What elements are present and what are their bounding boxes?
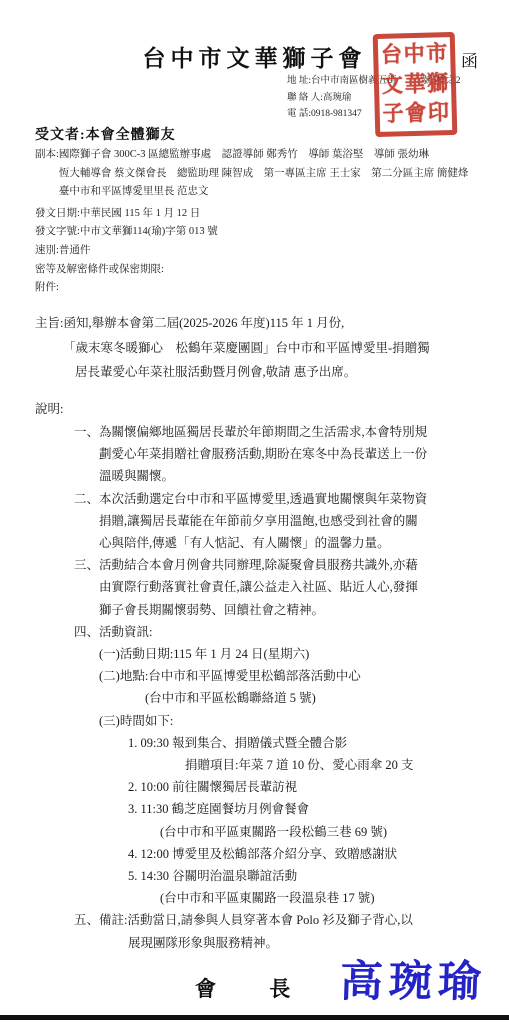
- letter-metadata-block: 副本: 國際獅子會 300C-3 區總監辦事處 認證導師 鄭秀竹 導師 葉浴堅 …: [35, 146, 499, 298]
- cc-line: 臺中市和平區博愛里里長 范忠文: [59, 183, 499, 202]
- body-line: 五、備註:活動當日,請參與人員穿著本會 Polo 衫及獅子背心,以: [0, 909, 503, 931]
- explanation-body: 一、為關懷偏鄉地區獨居長輩於年節期間之生活需求,本會特別規劃愛心年菜捐贈社會服務…: [0, 421, 503, 954]
- cc-lines: 國際獅子會 300C-3 區總監辦事處 認證導師 鄭秀竹 導師 葉浴堅 導師 張…: [59, 146, 499, 202]
- seal-character: 獅: [426, 68, 449, 100]
- bottom-rule: [0, 1015, 509, 1020]
- seal-character: 中: [402, 39, 425, 71]
- subject-block: 主旨:函知,舉辦本會第二屆(2025-2026 年度)115 年 1 月份, 「…: [0, 311, 499, 385]
- body-line: 2. 10:00 前往關懷獨居長輩訪視: [0, 776, 503, 798]
- body-line: 心與陪伴,傳遞「有人惦記、有人關懷」的溫馨力量。: [0, 532, 503, 554]
- president-role-label: 會 長: [195, 973, 314, 1003]
- explanation-label: 說明:: [35, 399, 63, 417]
- body-line: 四、活動資訊:: [0, 621, 503, 643]
- subject-line: 「歲末寒冬暖獅心 松鶴年菜慶團圓」台中市和平區博愛里-捐贈獨: [0, 336, 499, 361]
- seal-character: 台: [380, 40, 403, 72]
- body-line: (台中市和平區東關路一段溫泉巷 17 號): [0, 887, 503, 909]
- body-line: (台中市和平區東關路一段松鶴三巷 69 號): [0, 821, 503, 843]
- seal-character: 市: [425, 38, 448, 70]
- body-line: 4. 12:00 博愛里及松鶴部落介紹分享、致贈感謝狀: [0, 843, 503, 865]
- body-line: 5. 14:30 谷關明治溫泉聯誼活動: [0, 865, 503, 887]
- body-line: (一)活動日期:115 年 1 月 24 日(星期六): [0, 643, 503, 665]
- document-type-label: 函: [461, 47, 480, 72]
- issue-date-line: 發文日期:中華民國 115 年 1 月 12 日: [35, 205, 499, 224]
- seal-character: 華: [403, 69, 426, 101]
- subject-label: 主旨:: [35, 316, 63, 330]
- body-line: 1. 09:30 報到集合、捐贈儀式暨全體合影: [0, 732, 503, 754]
- signature-block: 會 長 高琬瑜: [0, 948, 509, 1009]
- body-line: 3. 11:30 鶴芝庭園餐坊月例會餐會: [0, 798, 503, 820]
- body-line: 獅子會長期關懷弱勢、回饋社會之精神。: [0, 599, 503, 621]
- doc-number-line: 發文字號:中市文華獅114(瑜)字第 013 號: [35, 223, 499, 242]
- body-line: (台中市和平區松鶴聯絡道 5 號): [0, 687, 503, 709]
- body-line: 溫暖與關懷。: [0, 465, 503, 487]
- cc-label: 副本:: [35, 146, 59, 202]
- body-line: 一、為關懷偏鄉地區獨居長輩於年節期間之生活需求,本會特別規: [0, 421, 503, 443]
- subject-line: 主旨:函知,舉辦本會第二屆(2025-2026 年度)115 年 1 月份,: [0, 311, 499, 336]
- body-line: (二)地點:台中市和平區博愛里松鶴部落活動中心: [0, 665, 503, 687]
- official-letter-page: 台中市文華獅子會 函 台中市文華獅子會印 地 址:台中市南區樹義五街號5樓之2 …: [0, 0, 509, 1024]
- president-name-signature: 高琬瑜: [339, 948, 488, 1009]
- seal-character: 文: [381, 69, 404, 101]
- cc-block: 副本: 國際獅子會 300C-3 區總監辦事處 認證導師 鄭秀竹 導師 葉浴堅 …: [35, 146, 499, 202]
- seal-character: 會: [404, 98, 427, 130]
- seal-character: 子: [381, 99, 404, 131]
- body-line: (三)時間如下:: [0, 710, 503, 732]
- body-line: 捐贈,讓獨居長輩能在年節前夕享用溫飽,也感受到社會的關: [0, 510, 503, 532]
- organization-seal-stamp: 台中市文華獅子會印: [373, 32, 458, 137]
- security-line: 密等及解密條件或保密期限:: [35, 261, 499, 280]
- body-line: 捐贈項目:年菜 7 道 10 份、愛心雨傘 20 支: [0, 754, 503, 776]
- seal-character: 印: [427, 98, 450, 130]
- cc-line: 國際獅子會 300C-3 區總監辦事處 認證導師 鄭秀竹 導師 葉浴堅 導師 張…: [59, 146, 499, 165]
- speed-line: 速別:普通件: [35, 242, 499, 261]
- subject-line: 居長輩愛心年菜社服活動暨月例會,敬請 惠予出席。: [0, 360, 499, 385]
- body-line: 劃愛心年菜捐贈社會服務活動,期盼在寒冬中為長輩送上一份: [0, 443, 503, 465]
- body-line: 二、本次活動選定台中市和平區博愛里,透過實地關懷與年菜物資: [0, 488, 503, 510]
- cc-line: 恆大輔導會 蔡文傑會長 總監助理 陳智成 第一專區主席 王士家 第二分區主席 簡…: [59, 165, 499, 184]
- attachment-line: 附件:: [35, 279, 499, 298]
- body-line: 三、活動結合本會月例會共同辦理,除凝聚會員服務共識外,亦藉: [0, 554, 503, 576]
- recipient-line: 受文者:本會全體獅友: [35, 124, 176, 144]
- body-line: 由實際行動落實社會責任,讓公益走入社區、貼近人心,發揮: [0, 576, 503, 598]
